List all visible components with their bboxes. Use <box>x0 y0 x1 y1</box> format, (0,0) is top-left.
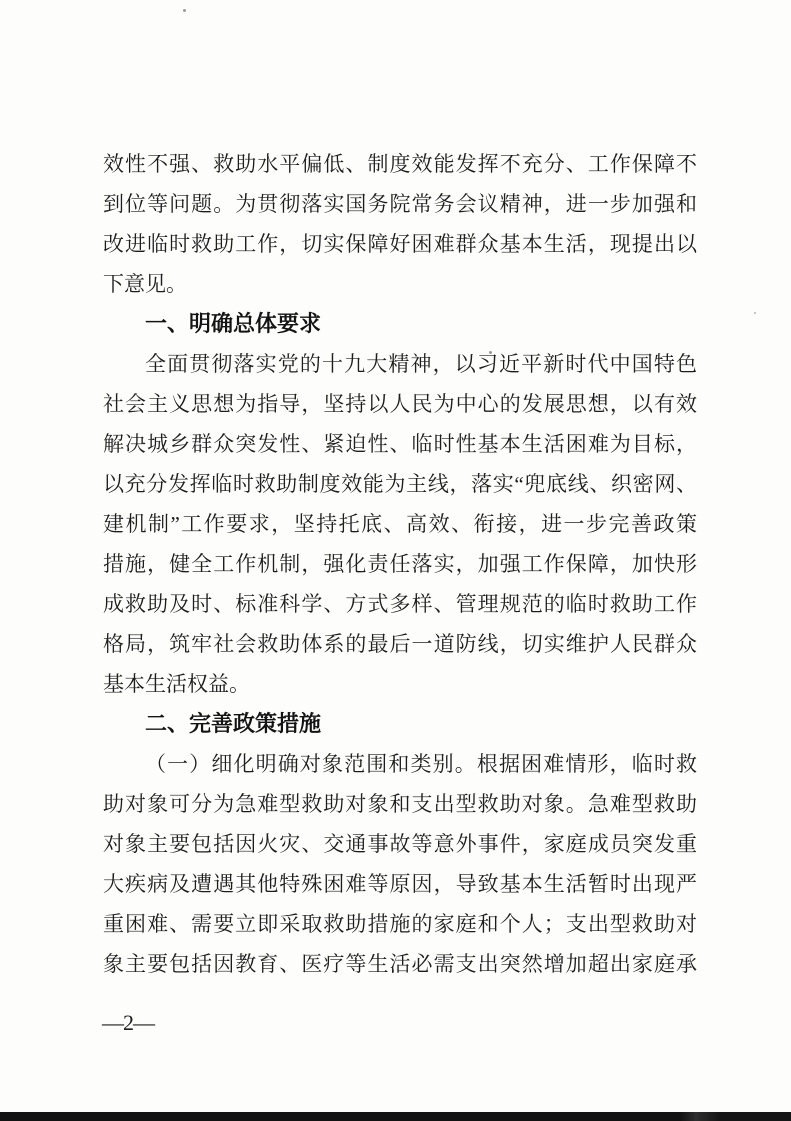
body-text-line: 社会主义思想为指导，坚持以人民为中心的发展思想，以有效 <box>103 384 697 424</box>
scan-speck <box>183 9 186 12</box>
document-page: 效性不强、救助水平偏低、制度效能发挥不充分、工作保障不到位等问题。为贯彻落实国务… <box>0 0 791 1121</box>
scan-speck <box>489 351 492 354</box>
body-text-line: （一）细化明确对象范围和类别。根据困难情形，临时救 <box>103 744 697 784</box>
body-text-line: 助对象可分为急难型救助对象和支出型救助对象。急难型救助 <box>103 784 697 824</box>
body-text-line: 到位等问题。为贯彻落实国务院常务会议精神，进一步加强和 <box>103 184 697 224</box>
body-text-line: 对象主要包括因火灾、交通事故等意外事件，家庭成员突发重 <box>103 824 697 864</box>
body-text-line: 解决城乡群众突发性、紧迫性、临时性基本生活困难为目标， <box>103 424 697 464</box>
section-heading: 一、明确总体要求 <box>103 304 697 344</box>
body-text-line: 全面贯彻落实党的十九大精神，以习近平新时代中国特色 <box>103 344 697 384</box>
body-text-line: 改进临时救助工作，切实保障好困难群众基本生活，现提出以 <box>103 224 697 264</box>
body-text-line: 格局，筑牢社会救助体系的最后一道防线，切实维护人民群众 <box>103 624 697 664</box>
body-text-line: 效性不强、救助水平偏低、制度效能发挥不充分、工作保障不 <box>103 144 697 184</box>
page-number: —2— <box>102 1003 154 1043</box>
body-text-line: 措施，健全工作机制，强化责任落实，加强工作保障，加快形 <box>103 544 697 584</box>
scan-edge-artifact <box>0 1112 791 1121</box>
body-text-line: 建机制”工作要求，坚持托底、高效、衔接，进一步完善政策 <box>103 504 697 544</box>
body-text-line: 基本生活权益。 <box>103 664 697 704</box>
body-text-line: 成救助及时、标准科学、方式多样、管理规范的临时救助工作 <box>103 584 697 624</box>
body-text-line: 以充分发挥临时救助制度效能为主线，落实“兜底线、织密网、 <box>103 464 697 504</box>
body-text-line: 下意见。 <box>103 264 697 304</box>
body-text-line: 象主要包括因教育、医疗等生活必需支出突然增加超出家庭承 <box>103 944 697 984</box>
body-text-line: 大疾病及遭遇其他特殊困难等原因，导致基本生活暂时出现严 <box>103 864 697 904</box>
section-heading: 二、完善政策措施 <box>103 704 697 744</box>
scan-speck <box>754 312 756 314</box>
body-text-line: 重困难、需要立即采取救助措施的家庭和个人；支出型救助对 <box>103 904 697 944</box>
document-body: 效性不强、救助水平偏低、制度效能发挥不充分、工作保障不到位等问题。为贯彻落实国务… <box>103 144 697 984</box>
